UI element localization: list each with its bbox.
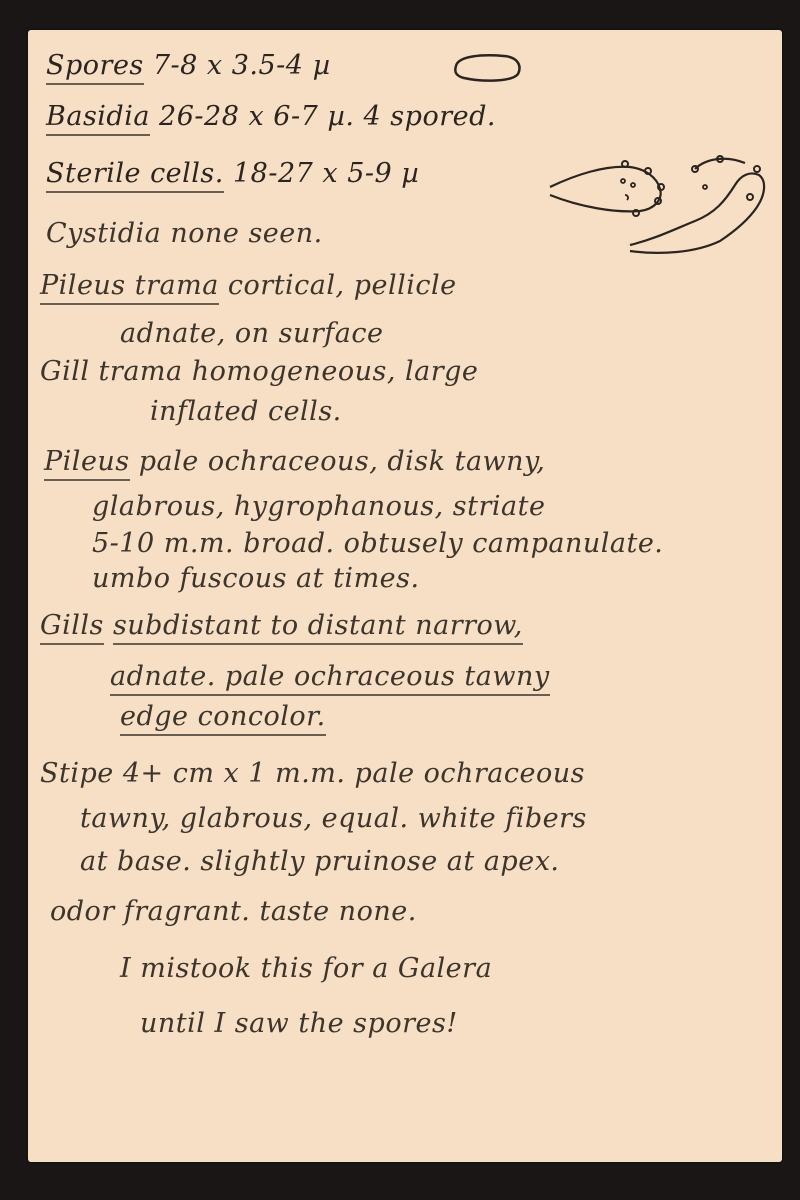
- pileus-label: Pileus: [44, 446, 130, 481]
- stipe-value: 4+ cm x 1 m.m. pale ochraceous: [123, 758, 585, 789]
- stipe-line-2: tawny, glabrous, equal. white fibers: [80, 805, 587, 832]
- spores-value: 7-8 x 3.5-4 µ: [153, 50, 331, 81]
- sterile-cells-label: Sterile cells.: [46, 158, 224, 193]
- basidia-value: 26-28 x 6-7 µ. 4 spored.: [159, 101, 496, 132]
- pileus-line-3: 5-10 m.m. broad. obtusely campanulate.: [92, 530, 663, 557]
- pileus-line: Pileus pale ochraceous, disk tawny,: [44, 448, 545, 475]
- pileus-trama-label: Pileus trama: [40, 270, 219, 305]
- pileus-line-2: glabrous, hygrophanous, striate: [92, 493, 545, 520]
- spores-label: Spores: [46, 50, 144, 85]
- cystidia-line: Cystidia none seen.: [46, 220, 323, 247]
- gills-line-3-text: edge concolor.: [120, 701, 326, 736]
- remark-line-2: until I saw the spores!: [140, 1010, 458, 1037]
- stipe-line-3: at base. slightly pruinose at apex.: [80, 848, 560, 875]
- sterile-cells-line: Sterile cells. 18-27 x 5-9 µ: [46, 160, 419, 187]
- spore-sketch-icon: [452, 52, 524, 84]
- gill-trama-line: Gill trama homogeneous, large: [40, 358, 478, 385]
- gills-line-2-text: adnate. pale ochraceous tawny: [110, 661, 550, 696]
- gills-line: Gills subdistant to distant narrow,: [40, 612, 523, 639]
- sterile-cells-value: 18-27 x 5-9 µ: [233, 158, 419, 189]
- gills-line-2: adnate. pale ochraceous tawny: [110, 663, 550, 690]
- sterile-cell-sketch-icon: [545, 155, 775, 255]
- stipe-line: Stipe 4+ cm x 1 m.m. pale ochraceous: [40, 760, 585, 787]
- gills-value: subdistant to distant narrow,: [113, 610, 523, 645]
- basidia-label: Basidia: [46, 101, 150, 136]
- gills-label: Gills: [40, 610, 104, 645]
- spores-line: Spores 7-8 x 3.5-4 µ: [46, 52, 331, 79]
- stipe-label: Stipe: [40, 758, 114, 789]
- pileus-trama-line: Pileus trama cortical, pellicle: [40, 272, 457, 299]
- pileus-value: pale ochraceous, disk tawny,: [139, 446, 546, 477]
- remark-line-1: I mistook this for a Galera: [120, 955, 492, 982]
- basidia-line: Basidia 26-28 x 6-7 µ. 4 spored.: [46, 103, 496, 130]
- gill-trama-line-2: inflated cells.: [150, 398, 342, 425]
- pileus-trama-value: cortical, pellicle: [228, 270, 457, 301]
- odor-taste-line: odor fragrant. taste none.: [50, 898, 417, 925]
- pileus-trama-line-2: adnate, on surface: [120, 320, 383, 347]
- pileus-line-4: umbo fuscous at times.: [92, 565, 420, 592]
- gills-line-3: edge concolor.: [120, 703, 326, 730]
